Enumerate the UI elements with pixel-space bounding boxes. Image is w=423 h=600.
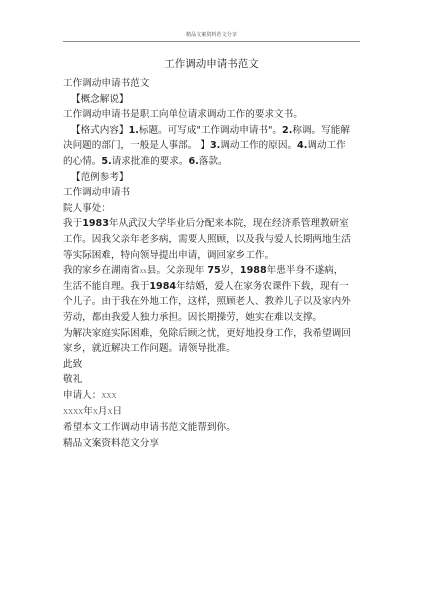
applicant-label: 申请人： bbox=[63, 390, 101, 401]
subtitle: 工作调动申请书范文 bbox=[63, 76, 363, 92]
date-day-unit: 日 bbox=[113, 406, 123, 417]
document-body: 工作调动申请书范文 【概念解说】 工作调动申请书是职工向单位请求调动工作的要求文… bbox=[63, 76, 363, 451]
format-num: 1. bbox=[129, 125, 139, 136]
example-heading: 【范例参考】 bbox=[63, 170, 363, 186]
letter-paragraph-2-line-1: 我的家乡在湖南省xx县。父亲现年 75岁，1988年患半身不遂病， bbox=[63, 263, 363, 279]
date-year-unit: 年 bbox=[83, 406, 93, 417]
date-year-placeholder: XXXX bbox=[63, 408, 83, 416]
format-num: 6. bbox=[188, 156, 198, 167]
year: 1988 bbox=[240, 265, 267, 276]
text: 年结婚，爱人在家务农课件下载，现有一 bbox=[176, 281, 349, 292]
applicant-line: 申请人：XXX bbox=[63, 388, 363, 404]
letter-paragraph-1-line-3: 等实际困难，特向领导提出申请，调回家乡工作。 bbox=[63, 248, 363, 264]
text: 生活不能自理。我于 bbox=[63, 281, 149, 292]
text: 年患半身不遂病， bbox=[267, 265, 344, 276]
format-line-2: 决问题的部门，一般是人事部。 】3.调动工作的原因。4.调动工作 bbox=[63, 138, 363, 154]
letter-title: 工作调动申请书 bbox=[63, 185, 363, 201]
footer-line-1: 希望本文工作调动申请书范文能帮到你。 bbox=[63, 420, 363, 436]
format-num: 3. bbox=[210, 140, 220, 151]
letter-paragraph-1-line-2: 工作。因我父亲年老多病，需要人照顾，以及我与爱人长期两地生活 bbox=[63, 232, 363, 248]
format-line-3: 的心情。5.请求批准的要求。6.落款。 bbox=[63, 154, 363, 170]
footer-line-2: 精品文案资料范文分享 bbox=[63, 436, 363, 452]
format-label: 【格式内容】 bbox=[71, 125, 129, 136]
format-num: 2. bbox=[282, 125, 292, 136]
format-text: 标题。可写成"工作调动申请书"。 bbox=[139, 125, 282, 136]
letter-paragraph-3-line-2: 家乡，就近解决工作问题。请领导批准。 bbox=[63, 341, 363, 357]
format-text: 决问题的部门，一般是人事部。 】 bbox=[63, 140, 210, 151]
age: 75 bbox=[207, 265, 220, 276]
page-header-text: 精品文案资料范文分享 bbox=[0, 31, 423, 38]
text: 我的家乡在湖南省 bbox=[63, 265, 140, 276]
text: 年从武汉大学毕业后分配来本院，现在经济系管理教研室 bbox=[109, 218, 349, 229]
year: 1984 bbox=[149, 281, 176, 292]
letter-salutation: 院人事处： bbox=[63, 201, 363, 217]
format-text: 调动工作的原因。 bbox=[220, 140, 297, 151]
letter-closing-2: 敬礼 bbox=[63, 372, 363, 388]
letter-paragraph-3-line-1: 为解决家庭实际困难，免除后顾之忧，更好地投身工作，我希望调回 bbox=[63, 326, 363, 342]
date-line: XXXX年X月X日 bbox=[63, 404, 363, 420]
format-num: 5. bbox=[101, 156, 111, 167]
format-text: 调动工作 bbox=[307, 140, 345, 151]
document-page: 精品文案资料范文分享 工作调动申请书范文 工作调动申请书范文 【概念解说】 工作… bbox=[0, 0, 423, 600]
year: 1983 bbox=[82, 218, 109, 229]
header-divider bbox=[63, 41, 360, 42]
letter-paragraph-1-line-1: 我于1983年从武汉大学毕业后分配来本院，现在经济系管理教研室 bbox=[63, 216, 363, 232]
applicant-value: XXX bbox=[101, 392, 116, 400]
letter-paragraph-2-line-4: 劳动，都由我爱人独力承担。因长期操劳，她实在难以支撑。 bbox=[63, 310, 363, 326]
letter-paragraph-2-line-2: 生活不能自理。我于1984年结婚，爱人在家务农课件下载，现有一 bbox=[63, 279, 363, 295]
format-text: 请求批准的要求。 bbox=[112, 156, 189, 167]
format-num: 4. bbox=[297, 140, 307, 151]
format-text: 落款。 bbox=[199, 156, 228, 167]
document-title: 工作调动申请书范文 bbox=[0, 56, 423, 71]
letter-paragraph-2-line-3: 个儿子。由于我在外地工作，这样，照顾老人、教养儿子以及家内外 bbox=[63, 294, 363, 310]
concept-text: 工作调动申请书是职工向单位请求调动工作的要求文书。 bbox=[63, 107, 363, 123]
format-line-1: 【格式内容】1.标题。可写成"工作调动申请书"。2.称调。写能解 bbox=[63, 123, 363, 139]
letter-closing-1: 此致 bbox=[63, 357, 363, 373]
text: 县。父亲现年 bbox=[147, 265, 208, 276]
text: 我于 bbox=[63, 218, 82, 229]
text: 岁， bbox=[221, 265, 240, 276]
concept-heading: 【概念解说】 bbox=[63, 92, 363, 108]
format-text: 称调。写能解 bbox=[292, 125, 350, 136]
format-text: 的心情。 bbox=[63, 156, 101, 167]
placeholder-county: xx bbox=[140, 267, 147, 275]
